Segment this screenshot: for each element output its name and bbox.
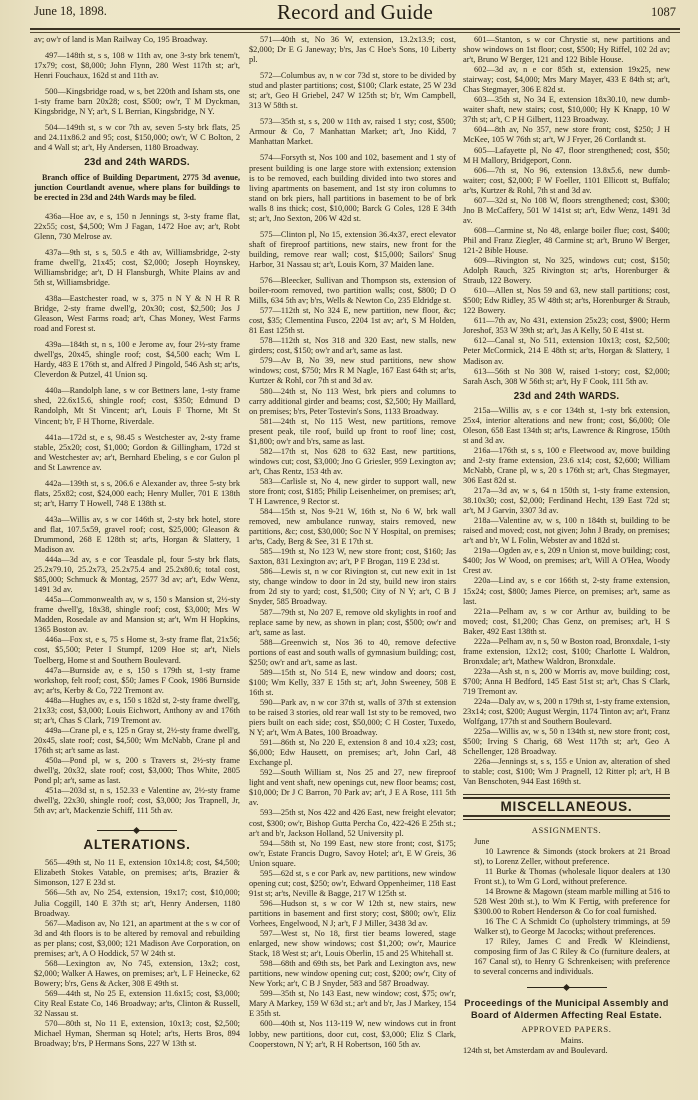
entry: 442a—139th st, s s, 206.6 e Alexander av… bbox=[34, 479, 240, 509]
section-rule bbox=[463, 793, 670, 799]
entry: 437a—9th st, s s, 50.5 e 4th av, William… bbox=[34, 248, 240, 288]
entry: 216a—176th st, s s, 100 e Fleetwood av, … bbox=[463, 446, 670, 486]
entry: 607—32d st, No 108 W, floors strengthene… bbox=[463, 196, 670, 226]
entry: 610—Allen st, Nos 59 and 63, new stall p… bbox=[463, 286, 670, 316]
page-number: 1087 bbox=[651, 5, 676, 20]
masthead-rule bbox=[30, 28, 680, 30]
entry: 570—80th st, No 11 E, extension, 10x13; … bbox=[34, 1019, 240, 1049]
entry: 504—149th st, s w cor 7th av, seven 5-st… bbox=[34, 123, 240, 153]
entry: 581—24th st, No 115 West, new partitions… bbox=[249, 417, 456, 447]
entry: 567—Madison av, No 121, an apartment at … bbox=[34, 919, 240, 959]
section-heading-miscellaneous: MISCELLANEOUS. bbox=[463, 802, 670, 812]
entry: 608—Carmine st, No 48, enlarge boiler fl… bbox=[463, 226, 670, 256]
entry: 443a—Willis av, s w cor 146th st, 2-sty … bbox=[34, 515, 240, 555]
entry: 593—25th st, Nos 422 and 426 East, new f… bbox=[249, 808, 456, 838]
assignment-entry: 17 Riley, James C and Fredk W Kleindiens… bbox=[463, 937, 670, 977]
assignments-heading: ASSIGNMENTS. bbox=[463, 825, 670, 835]
entry: 600—40th st, Nos 113-119 W, new windows … bbox=[249, 1019, 456, 1049]
entry: 596—Hudson st, s w cor W 12th st, new st… bbox=[249, 899, 456, 929]
entry: 439a—184th st, n s, 100 e Jerome av, fou… bbox=[34, 340, 240, 380]
entry: 218a—Valentine av, w s, 100 n 184th st, … bbox=[463, 516, 670, 546]
section-heading-wards: 23d and 24th WARDS. bbox=[463, 392, 670, 402]
assignment-entry: 10 Lawrence & Simonds (stock brokers at … bbox=[463, 847, 670, 867]
entry: 595—62d st, s e cor Park av, new partiti… bbox=[249, 869, 456, 899]
entry: 606—7th st, No 96, extension 13.8x5.6, n… bbox=[463, 166, 670, 196]
entry: 604—8th av, No 357, new store front; cos… bbox=[463, 125, 670, 145]
entry: 445a—Commonwealth av, w s, 150 s Mansion… bbox=[34, 595, 240, 635]
entry: 585—19th st, No 123 W, new store front; … bbox=[249, 547, 456, 567]
entry: 124th st, bet Amsterdam av and Boulevard… bbox=[463, 1046, 670, 1056]
entry: 568—Lexington av, No 745, extension, 13x… bbox=[34, 959, 240, 989]
entry: 569—44th st, No 25 E, extension 11.6x15;… bbox=[34, 989, 240, 1019]
entry: 451a—203d st, n s, 152.33 e Valentine av… bbox=[34, 786, 240, 816]
assignment-entry: 11 Burke & Thomas (wholesale liquor deal… bbox=[463, 867, 670, 887]
entry: 599—35th st, No 143 East, new window; co… bbox=[249, 989, 456, 1019]
newspaper-page: June 18, 1898. Record and Guide 1087 av;… bbox=[0, 0, 698, 1100]
entry: 436a—Hoe av, e s, 150 n Jennings st, 3-s… bbox=[34, 212, 240, 242]
entry: 582—17th st, Nos 628 to 632 East, new pa… bbox=[249, 447, 456, 477]
entry: 602—3d av, n e cor 85th st, extension 19… bbox=[463, 65, 670, 95]
entry: av; ow'r of land is Man Railway Co, 195 … bbox=[34, 35, 240, 45]
branch-office-note: Branch office of Building Department, 27… bbox=[34, 173, 240, 203]
entry: 588—Greenwich st, Nos 36 to 40, remove d… bbox=[249, 638, 456, 668]
entry: 224a—Daly av, w s, 200 n 179th st, 1-sty… bbox=[463, 697, 670, 727]
section-heading-alterations: ALTERATIONS. bbox=[34, 840, 240, 850]
publication-title: Record and Guide bbox=[30, 0, 680, 25]
entry: 577—112th st, No 324 E, new partition, n… bbox=[249, 306, 456, 336]
entry: 222a—Pelham av, n s, 50 w Boston road, B… bbox=[463, 637, 670, 667]
entry: 613—56th st No 308 W, raised 1-story; co… bbox=[463, 367, 670, 387]
mains-label: Mains. bbox=[463, 1036, 670, 1046]
entry: 594—58th st, No 199 East, new store fron… bbox=[249, 839, 456, 869]
entry: 611—7th av, No 431, extension 25x23; cos… bbox=[463, 316, 670, 336]
entry: 500—Kingsbridge road, w s, bet 220th and… bbox=[34, 87, 240, 117]
entry: 583—Carlisle st, No 4, new girder to sup… bbox=[249, 477, 456, 507]
entry: 221a—Pelham av, s w cor Arthur av, build… bbox=[463, 607, 670, 637]
entry: 601—Stanton, s w cor Chrystie st, new pa… bbox=[463, 35, 670, 65]
entry: 497—148th st, s s, 108 w 11th av, one 3-… bbox=[34, 51, 240, 81]
entry: 226a—Jennings st, s s, 155 e Union av, a… bbox=[463, 757, 670, 787]
assignment-entry: 16 The C A Schmidt Co (upholstery trimmi… bbox=[463, 917, 670, 937]
entry: 220a—Lind av, s e cor 166th st, 2-sty fr… bbox=[463, 576, 670, 606]
entry: 223a—Ash st, n s, 200 w Morris av, move … bbox=[463, 667, 670, 697]
entry: 438a—Eastchester road, w s, 375 n N Y & … bbox=[34, 294, 240, 334]
entry: 589—15th st, No 514 E, new window and do… bbox=[249, 668, 456, 698]
entry: 566—5th av, No 254, extension, 19x17; co… bbox=[34, 888, 240, 918]
entry: 450a—Pond pl, w s, 200 s Travers st, 2½-… bbox=[34, 756, 240, 786]
entry: 603—35th st, No 34 E, extension 18x30.10… bbox=[463, 95, 670, 125]
entry: 609—Rivington st, No 325, windows cut; c… bbox=[463, 256, 670, 286]
divider-ornament bbox=[527, 983, 607, 993]
entry: 592—South William st, Nos 25 and 27, new… bbox=[249, 768, 456, 808]
entry: 571—40th st, No 36 W, extension, 13.2x13… bbox=[249, 35, 456, 65]
divider-ornament bbox=[97, 826, 177, 836]
entry: 219a—Ogden av, e s, 209 n Union st, move… bbox=[463, 546, 670, 576]
entry: 598—68th and 69th sts, bet Park and Lexi… bbox=[249, 959, 456, 989]
entry: 576—Bleecker, Sullivan and Thompson sts,… bbox=[249, 276, 456, 306]
entry: 573—35th st, s s, 200 w 11th av, raised … bbox=[249, 117, 456, 147]
column-1: av; ow'r of land is Man Railway Co, 195 … bbox=[34, 35, 240, 1049]
entry: 590—Park av, n w cor 37th st, walls of 3… bbox=[249, 698, 456, 738]
assignment-entry: 14 Browne & Magown (steam marble milling… bbox=[463, 887, 670, 917]
entry: 584—15th st, Nos 9-21 W, 16th st, No 6 W… bbox=[249, 507, 456, 547]
entry: 217a—3d av, w s, 64 n 150th st, 1-sty fr… bbox=[463, 486, 670, 516]
entry: 449a—Crane pl, e s, 125 n Gray st, 2½-st… bbox=[34, 726, 240, 756]
entry: 215a—Willis av, s e cor 134th st, 1-sty … bbox=[463, 406, 670, 446]
entry: 444a—3d av, s e cor Teasdale pl, four 5-… bbox=[34, 555, 240, 595]
entry: 586—Lewis st, n w cor Rivington st, cut … bbox=[249, 567, 456, 607]
entry: 575—Clinton pl, No 15, extension 36.4x37… bbox=[249, 230, 456, 270]
entry: 587—79th st, No 207 E, remove old skylig… bbox=[249, 608, 456, 638]
entry: 580—24th st, No 113 West, brk piers and … bbox=[249, 387, 456, 417]
section-rule bbox=[463, 815, 670, 821]
entry: 597—West st, No 18, first tier beams low… bbox=[249, 929, 456, 959]
entry: 574—Forsyth st, Nos 100 and 102, basemen… bbox=[249, 153, 456, 223]
entry: 591—86th st, No 220 E, extension 8 and 1… bbox=[249, 738, 456, 768]
month-label: June bbox=[463, 837, 670, 847]
entry: 578—112th st, Nos 318 and 320 East, new … bbox=[249, 336, 456, 356]
entry: 440a—Randolph lane, s w cor Bettners lan… bbox=[34, 386, 240, 426]
masthead-rule-thin bbox=[30, 32, 680, 33]
approved-papers-heading: APPROVED PAPERS. bbox=[463, 1024, 670, 1034]
column-3: 601—Stanton, s w cor Chrystie st, new pa… bbox=[463, 35, 670, 1056]
proceedings-heading: Proceedings of the Municipal Assembly an… bbox=[463, 997, 670, 1021]
entry: 447a—Burnside av, e s, 150 s 179th st, 1… bbox=[34, 666, 240, 696]
entry: 225a—Willis av, w s, 50 n 134th st, new … bbox=[463, 727, 670, 757]
entry: 565—49th st, No 11 E, extension 10x14.8;… bbox=[34, 858, 240, 888]
entry: 446a—Fox st, e s, 75 s Home st, 3-sty fr… bbox=[34, 635, 240, 665]
entry: 572—Columbus av, n w cor 73d st, store t… bbox=[249, 71, 456, 111]
entry: 579—Av B, No 39, new stud partitions, ne… bbox=[249, 356, 456, 386]
entry: 605—Lafayette pl, No 47, floor strengthe… bbox=[463, 146, 670, 166]
masthead: June 18, 1898. Record and Guide 1087 bbox=[30, 0, 680, 28]
entry: 448a—Hughes av, e s, 150 s 182d st, 2-st… bbox=[34, 696, 240, 726]
entry: 612—Canal st, No 511, extension 10x13; c… bbox=[463, 336, 670, 366]
entry: 441a—172d st, e s, 98.45 s Westchester a… bbox=[34, 433, 240, 473]
section-heading-wards: 23d and 24th WARDS. bbox=[34, 158, 240, 168]
column-2: 571—40th st, No 36 W, extension, 13.2x13… bbox=[249, 35, 456, 1050]
